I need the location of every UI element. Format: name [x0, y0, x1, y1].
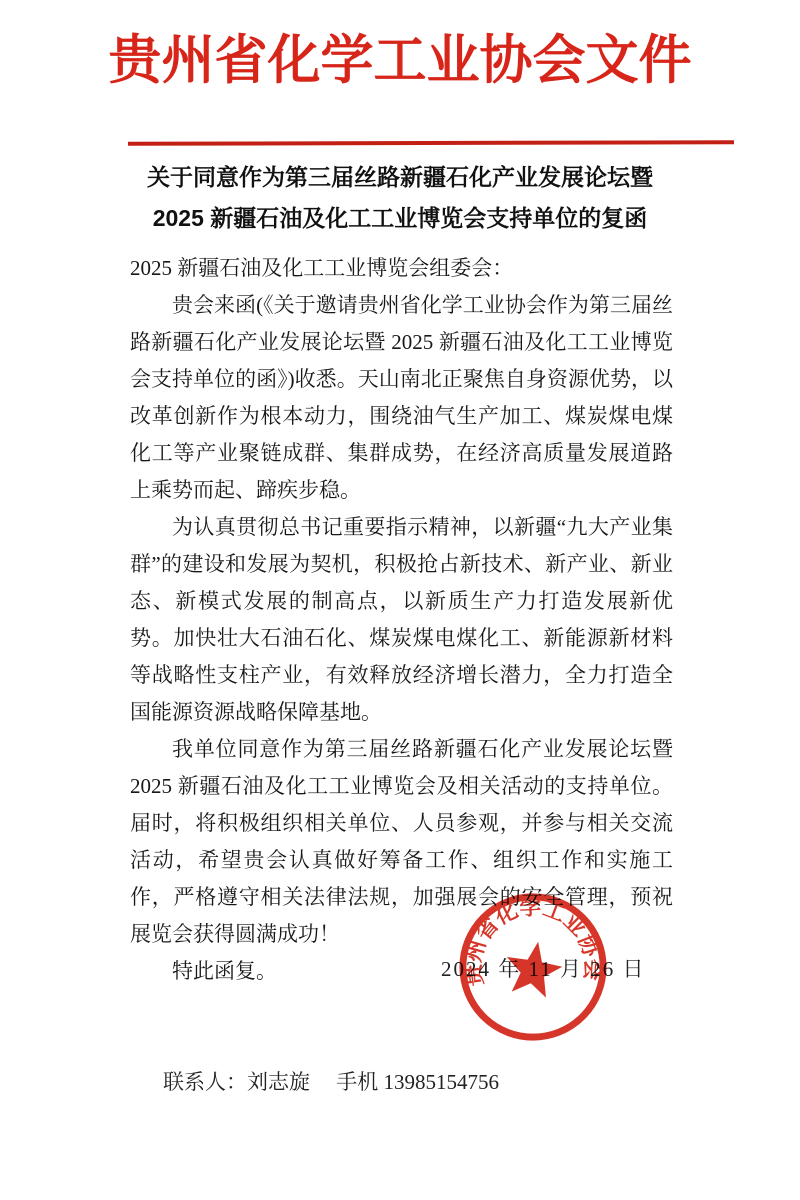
document-title-line1: 关于同意作为第三届丝路新疆石化产业发展论坛暨 [0, 157, 800, 198]
paragraph-1: 贵会来函(《关于邀请贵州省化学工业协会作为第三届丝路新疆石化产业发展论坛暨 20… [130, 287, 673, 509]
letterhead-title: 贵州省化学工业协会文件 [0, 22, 800, 100]
official-seal: 贵州省化学工业协会 [454, 888, 612, 1046]
letter-body: 2025 新疆石油及化工工业博览会组委会： 贵会来函(《关于邀请贵州省化学工业协… [130, 250, 673, 990]
document-page: 贵州省化学工业协会文件 关于同意作为第三届丝路新疆石化产业发展论坛暨 2025 … [0, 0, 800, 1200]
salutation: 2025 新疆石油及化工工业博览会组委会： [130, 250, 673, 287]
seal-star [501, 937, 566, 1000]
contact-line: 联系人：刘志旋 手机 13985154756 [163, 1066, 499, 1096]
document-title-line2: 2025 新疆石油及化工工业博览会支持单位的复函 [0, 198, 800, 239]
document-title: 关于同意作为第三届丝路新疆石化产业发展论坛暨 2025 新疆石油及化工工业博览会… [0, 157, 800, 239]
red-divider-line [128, 140, 734, 146]
paragraph-2: 为认真贯彻总书记重要指示精神，以新疆“九大产业集群”的建设和发展为契机，积极抢占… [130, 509, 673, 731]
